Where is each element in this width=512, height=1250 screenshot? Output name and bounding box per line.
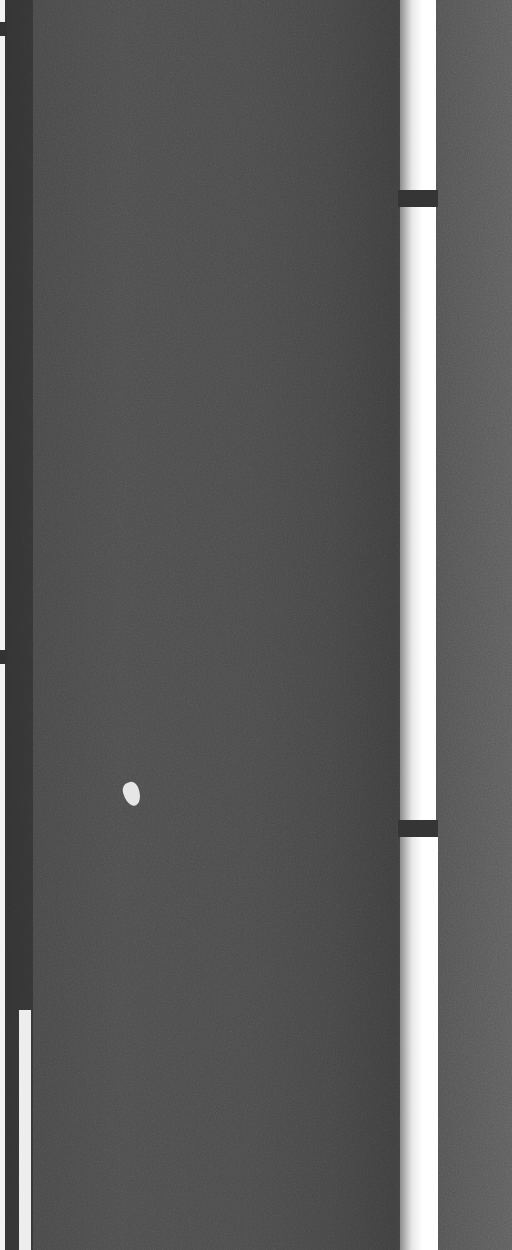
bottom-left-stripe [19,1010,31,1250]
lane-dash [400,0,436,190]
lane-dash-gap [398,820,438,837]
left-edge-gap [0,22,7,36]
lane-dash [400,207,436,820]
left-edge-gap [0,650,7,664]
lane-dash [400,837,438,1250]
lane-dash-gap [398,190,438,207]
road-photo: Aerial grayscale photograph of asphalt r… [0,0,512,1250]
left-edge-line [0,0,5,1250]
